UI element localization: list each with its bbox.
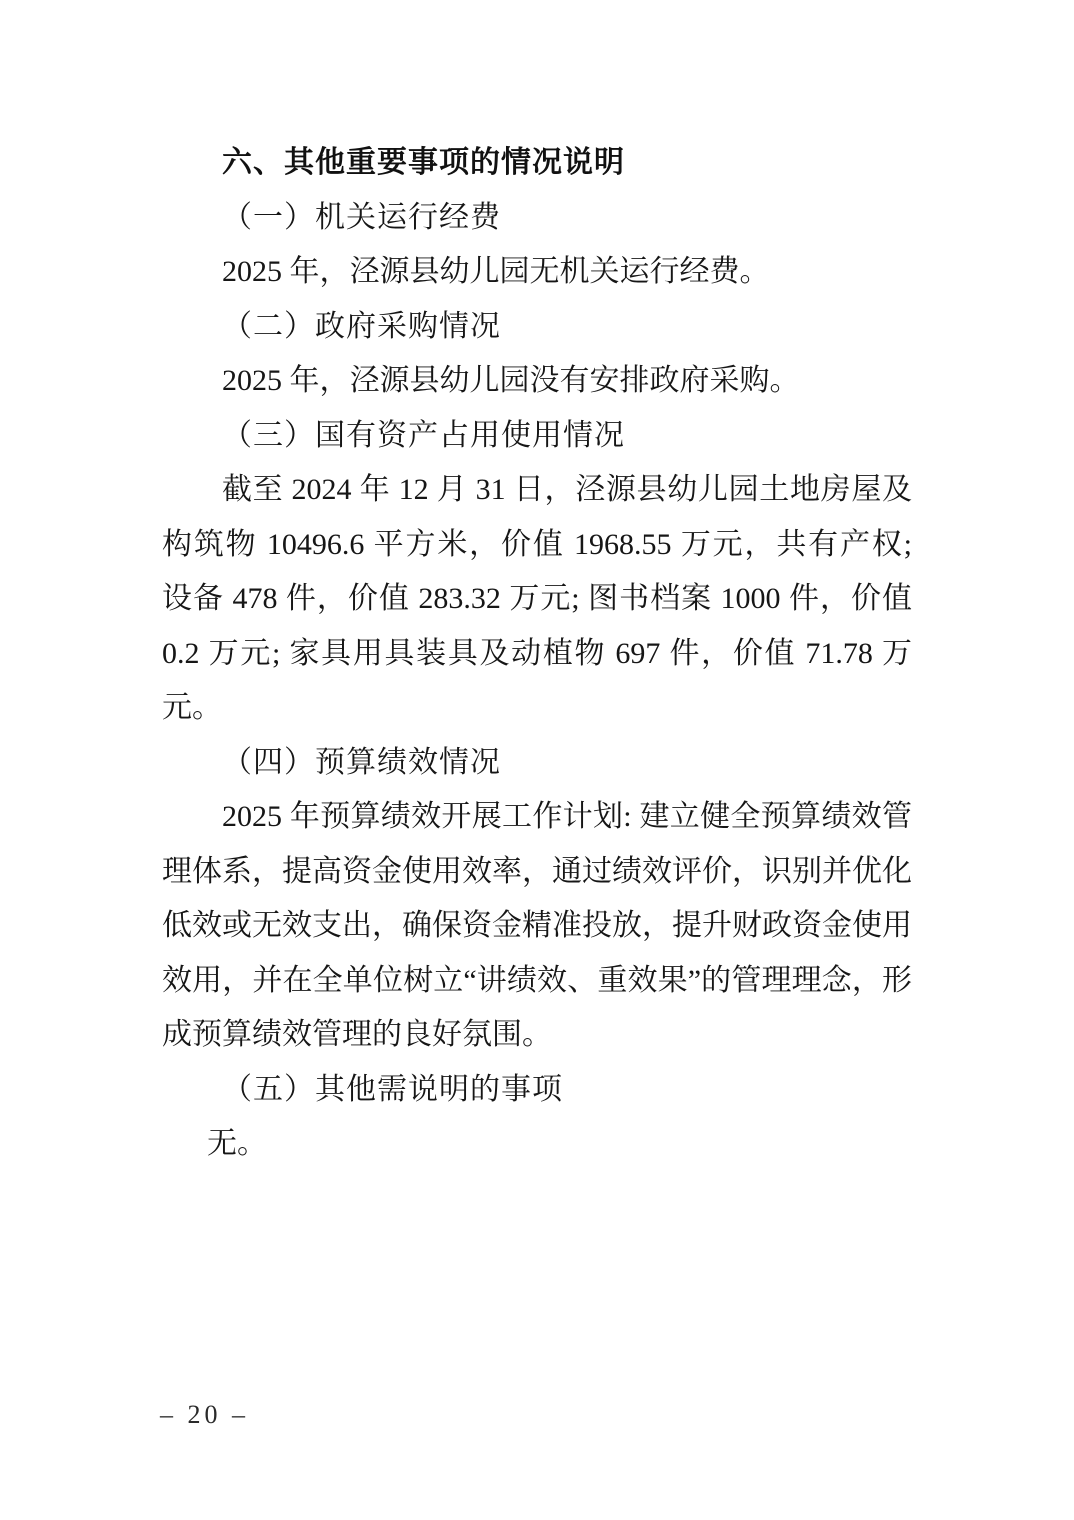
paragraph-1: 2025 年，泾源县幼儿园无机关运行经费。 [162, 245, 912, 300]
subsection-title-4: （四）预算绩效情况 [162, 736, 912, 791]
subsection-title-3: （三）国有资产占用使用情况 [162, 409, 912, 464]
subsection-title-5: （五）其他需说明的事项 [162, 1063, 912, 1118]
document-page: 六、其他重要事项的情况说明 （一）机关运行经费 2025 年，泾源县幼儿园无机关… [0, 0, 1074, 1520]
paragraph-4: 2025 年预算绩效开展工作计划: 建立健全预算绩效管理体系，提高资金使用效率，… [162, 790, 912, 1063]
main-heading: 六、其他重要事项的情况说明 [162, 136, 912, 191]
page-content: 六、其他重要事项的情况说明 （一）机关运行经费 2025 年，泾源县幼儿园无机关… [162, 136, 912, 1172]
paragraph-3: 截至 2024 年 12 月 31 日，泾源县幼儿园土地房屋及构筑物 10496… [162, 463, 912, 736]
page-number: – 20 – [160, 1398, 249, 1432]
paragraph-5: 无。 [162, 1117, 912, 1172]
subsection-title-1: （一）机关运行经费 [162, 191, 912, 246]
subsection-title-2: （二）政府采购情况 [162, 300, 912, 355]
paragraph-2: 2025 年，泾源县幼儿园没有安排政府采购。 [162, 354, 912, 409]
